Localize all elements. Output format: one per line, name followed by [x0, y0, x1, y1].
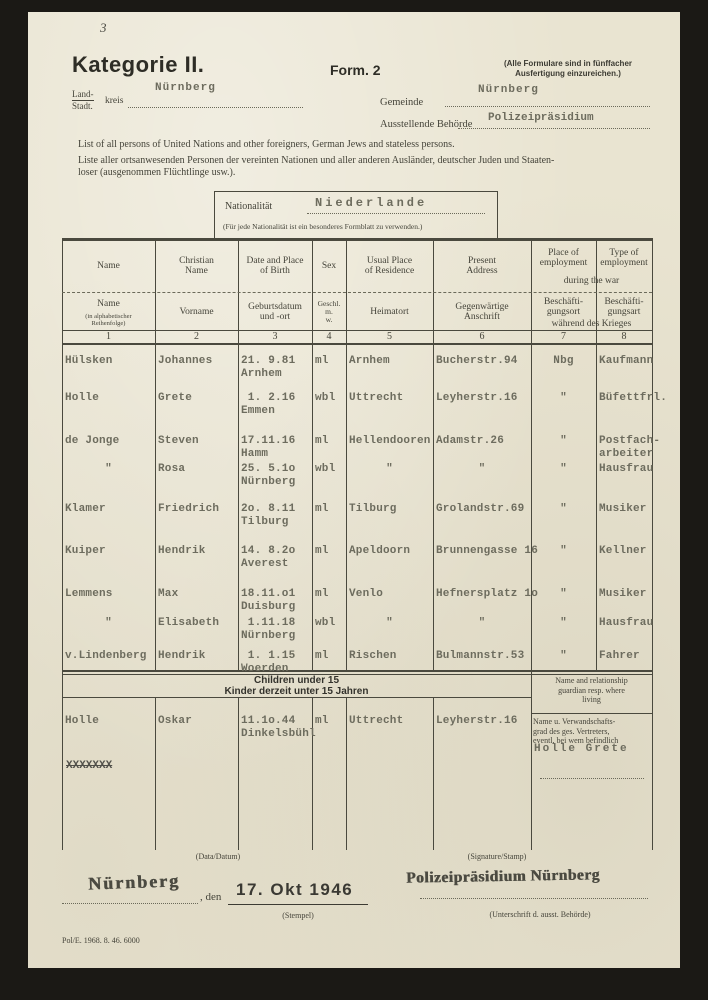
table-rule: [652, 238, 653, 850]
column-header-de: Beschäfti- gungsart: [596, 294, 652, 320]
table-cell: ": [346, 617, 433, 630]
column-number: 5: [346, 331, 433, 343]
table-cell: Holle: [65, 392, 99, 405]
signature-label: (Signature/Stamp): [417, 852, 577, 861]
table-cell: ": [531, 617, 596, 630]
table-cell: Hülsken: [65, 355, 113, 368]
behoerde-value: Polizeipräsidium: [488, 112, 594, 124]
column-header-en: Name: [62, 242, 155, 290]
column-header-de: Geburtsdatum und -ort: [238, 294, 312, 330]
table-cell: wbl: [315, 617, 335, 630]
table-cell: Büfettfrl.: [599, 392, 667, 405]
nationality-label: Nationalität: [225, 201, 272, 212]
table-cell: Brunnengasse 16: [436, 545, 538, 558]
gemeinde-value: Nürnberg: [478, 84, 539, 96]
place-line: [62, 903, 198, 904]
table-cell: ": [531, 588, 596, 601]
intro-de: Liste aller ortsanwesenden Personen der …: [78, 155, 554, 179]
table-cell: Musiker: [599, 588, 647, 601]
kreis-value: Nürnberg: [155, 82, 216, 94]
column-header-de: Vorname: [155, 294, 238, 330]
employment-span-de: während des Krieges: [531, 318, 652, 330]
table-cell: ml: [315, 435, 329, 448]
table-cell: ": [433, 617, 531, 630]
gemeinde-line: [445, 106, 650, 107]
table-cell: Lemmens: [65, 588, 113, 601]
table-cell: Tilburg: [349, 503, 397, 516]
form-number: Form. 2: [330, 62, 381, 78]
table-cell: 1. 1.15 Woerden: [241, 650, 295, 675]
table-cell: Elisabeth: [158, 617, 219, 630]
table-cell: Max: [158, 588, 178, 601]
column-header-en: Place of employment: [531, 242, 596, 274]
table-cell: ": [531, 463, 596, 476]
table-rule: [62, 670, 652, 672]
date-label: (Data/Datum): [158, 852, 278, 861]
table-cell: Hausfrau: [599, 617, 653, 630]
column-header-en: Sex: [312, 242, 346, 290]
table-cell: Grete: [158, 392, 192, 405]
column-header-en: Present Address: [433, 242, 531, 290]
nationality-box: Nationalität Niederlande (Für jede Natio…: [214, 191, 498, 239]
table-cell: 25. 5.1o Nürnberg: [241, 463, 295, 488]
table-rule: [346, 697, 347, 850]
table-cell: 17.11.16 Hamm: [241, 435, 295, 460]
table-cell: 2o. 8.11 Tilburg: [241, 503, 295, 528]
table-cell: Kuiper: [65, 545, 106, 558]
scanned-document: 3 Kategorie II. Form. 2 (Alle Formulare …: [0, 0, 708, 1000]
unterschrift-label: (Unterschrift d. ausst. Behörde): [440, 910, 640, 919]
column-header-de: Geschl. m. w.: [312, 294, 346, 330]
column-header-en: Date and Place of Birth: [238, 242, 312, 290]
children-row-cell: ml: [315, 715, 329, 728]
table-cell: 1. 2.16 Emmen: [241, 392, 295, 417]
den-label: , den: [200, 891, 221, 903]
column-header-de: Gegenwärtige Anschrift: [433, 294, 531, 330]
table-cell: Adamstr.26: [436, 435, 504, 448]
crossed-out-entry: XXXXXXX: [66, 760, 112, 772]
table-cell: ": [62, 463, 155, 476]
guardian-line: [540, 778, 644, 779]
table-cell: ": [346, 463, 433, 476]
table-cell: ml: [315, 588, 329, 601]
authority-stamp: Polizeipräsidium Nürnberg: [406, 866, 600, 887]
table-cell: Leyherstr.16: [436, 392, 518, 405]
table-cell: ": [531, 650, 596, 663]
column-number: 4: [312, 331, 346, 343]
table-cell: 14. 8.2o Averest: [241, 545, 295, 570]
guardian-header: Name and relationship guardian resp. whe…: [533, 676, 650, 705]
nationality-value: Niederlande: [315, 196, 427, 210]
form-page: 3 Kategorie II. Form. 2 (Alle Formulare …: [28, 12, 680, 968]
table-cell: 18.11.o1 Duisburg: [241, 588, 295, 613]
table-cell: ml: [315, 503, 329, 516]
print-code: Pol/E. 1968. 8. 46. 6000: [62, 936, 140, 945]
table-cell: Arnhem: [349, 355, 390, 368]
behoerde-line: [458, 128, 650, 129]
table-rule: [238, 697, 239, 850]
table-cell: Friedrich: [158, 503, 219, 516]
guardian-note: Name u. Verwandschafts- grad des ges. Ve…: [533, 717, 651, 746]
column-number: 1: [62, 331, 155, 343]
table-rule: [62, 238, 652, 241]
table-cell: Fahrer: [599, 650, 640, 663]
column-number: 8: [596, 331, 652, 343]
table-cell: 1.11.18 Nürnberg: [241, 617, 295, 642]
date-line: [228, 904, 368, 905]
table-cell: ": [531, 545, 596, 558]
intro-en: List of all persons of United Nations an…: [78, 139, 455, 151]
table-rule: [531, 713, 652, 714]
table-cell: Kellner: [599, 545, 647, 558]
table-cell: ": [62, 617, 155, 630]
table-cell: ml: [315, 545, 329, 558]
stempel-label: (Stempel): [253, 911, 343, 920]
column-number: 6: [433, 331, 531, 343]
table-cell: Hausfrau: [599, 463, 653, 476]
copies-note: (Alle Formulare sind in fünffacher Ausfe…: [478, 59, 658, 78]
table-cell: Apeldoorn: [349, 545, 410, 558]
table-cell: ml: [315, 650, 329, 663]
table-cell: Bulmannstr.53: [436, 650, 524, 663]
column-number: 3: [238, 331, 312, 343]
table-cell: v.Lindenberg: [65, 650, 147, 663]
place-stamp: Nürnberg: [88, 870, 181, 894]
persons-table: NameName(in alphabetischer Reihenfolge)1…: [62, 238, 652, 850]
children-header-de: Kinder derzeit unter 15 Jahren: [62, 686, 531, 697]
table-rule: [62, 292, 652, 293]
table-cell: Nbg: [531, 355, 596, 368]
table-cell: Hefnersplatz 1o: [436, 588, 538, 601]
table-cell: Rischen: [349, 650, 397, 663]
table-cell: ": [433, 463, 531, 476]
table-cell: Musiker: [599, 503, 647, 516]
table-cell: Venlo: [349, 588, 383, 601]
signature-line: [420, 898, 648, 899]
kreis-line: [128, 107, 303, 108]
children-row-cell: Holle: [65, 715, 99, 728]
table-cell: de Jonge: [65, 435, 119, 448]
table-cell: 21. 9.81 Arnhem: [241, 355, 295, 380]
table-cell: Hendrik: [158, 650, 206, 663]
table-cell: Steven: [158, 435, 199, 448]
table-rule: [155, 697, 156, 850]
table-cell: ": [531, 503, 596, 516]
column-header-en: Usual Place of Residence: [346, 242, 433, 290]
date-stamp: 17. Okt 1946: [236, 880, 353, 900]
children-row-cell: Oskar: [158, 715, 192, 728]
guardian-value: Holle Grete: [534, 743, 629, 756]
children-row-cell: 11.1o.44 Dinkelsbühl: [241, 715, 316, 740]
table-rule: [62, 343, 652, 345]
column-header-en: Christian Name: [155, 242, 238, 290]
table-cell: ml: [315, 355, 329, 368]
gemeinde-label: Gemeinde: [380, 97, 423, 108]
children-header-en: Children under 15: [62, 675, 531, 686]
children-row-cell: Uttrecht: [349, 715, 403, 728]
page-number: 3: [100, 20, 107, 36]
table-cell: Grolandstr.69: [436, 503, 524, 516]
employment-span-en: during the war: [531, 275, 652, 287]
table-cell: Uttrecht: [349, 392, 403, 405]
column-header-de: Name: [62, 294, 155, 314]
column-header-de: Beschäfti- gungsort: [531, 294, 596, 320]
stadt-label: Stadt.: [72, 101, 94, 111]
land-label: Land-: [72, 89, 94, 101]
column-header-de: Heimatort: [346, 294, 433, 330]
table-cell: Johannes: [158, 355, 212, 368]
table-cell: wbl: [315, 392, 335, 405]
table-rule: [433, 697, 434, 850]
table-cell: Rosa: [158, 463, 185, 476]
table-cell: ": [531, 392, 596, 405]
column-number: 7: [531, 331, 596, 343]
table-cell: Hendrik: [158, 545, 206, 558]
table-cell: Hellendooren: [349, 435, 431, 448]
column-header-en: Type of employment: [596, 242, 652, 274]
table-cell: Kaufmann: [599, 355, 653, 368]
nationality-line: [307, 213, 485, 214]
kreis-label: kreis: [105, 96, 123, 106]
table-cell: Bucherstr.94: [436, 355, 518, 368]
table-cell: ": [531, 435, 596, 448]
district-label: Land- Stadt.: [72, 89, 94, 111]
table-cell: Klamer: [65, 503, 106, 516]
table-cell: Postfach- arbeiter: [599, 435, 660, 460]
column-number: 2: [155, 331, 238, 343]
table-cell: wbl: [315, 463, 335, 476]
children-row-cell: Leyherstr.16: [436, 715, 518, 728]
form-title: Kategorie II.: [72, 52, 204, 78]
nationality-note: (Für jede Nationalität ist ein besondere…: [223, 222, 422, 231]
column-header-note: (in alphabetischer Reihenfolge): [62, 312, 155, 328]
table-rule: [62, 697, 531, 698]
